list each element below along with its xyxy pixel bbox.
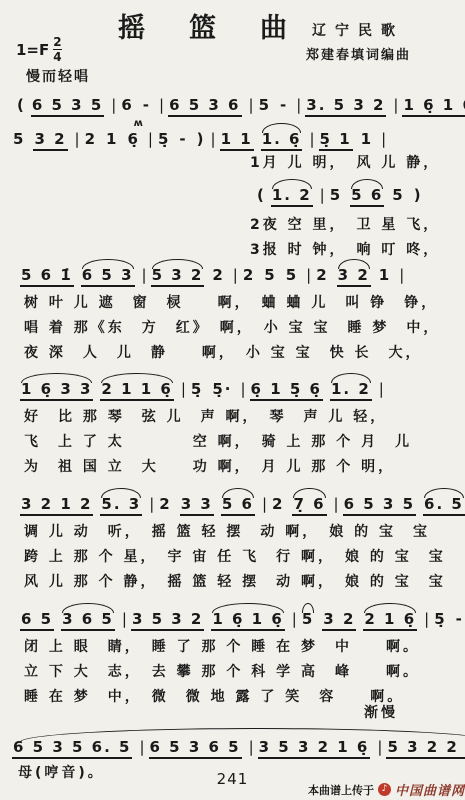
note-group: 6. 5 [423, 497, 465, 516]
note-group: 6̣ʍ [126, 132, 140, 149]
upload-note: 本曲谱上传于 [308, 782, 374, 798]
note-group: 2 [242, 268, 256, 285]
sheet-music-page: 摇篮曲 辽宁民歌 郑建春填词编曲 1=F 2 4 慢而轻唱 (6 5 3 5|6… [0, 0, 465, 800]
barline: | [111, 98, 118, 115]
barline: | [381, 132, 388, 149]
note-group: 3 5 3 2 [131, 612, 204, 631]
note-group: 2 [315, 268, 329, 285]
lyric-line: 飞 上 了 太 空 啊， 骑 上 那 个 月 儿 [24, 431, 412, 451]
notation-line-system6: 6 53 6 5|3 5 3 21 6̣ 1 6̣|53 22 1 6̣|5̣-… [20, 598, 465, 631]
note-group: ) [413, 188, 424, 205]
note-group: 5 6 1̇ [20, 268, 74, 287]
key-label: 1=F [16, 41, 49, 59]
barline: | [320, 188, 327, 205]
note-group: 1. 2 [330, 382, 372, 401]
note-group: 2 [271, 497, 285, 514]
note-group: 6 5 3 6 5 [149, 740, 242, 759]
song-source: 辽宁民歌 [312, 20, 404, 40]
note-group: 1 [378, 268, 392, 285]
note-group: 5̣ [190, 382, 204, 399]
note-group: 5 [12, 132, 26, 149]
note-group: ( [16, 98, 27, 115]
note-group: 2 1 1 6̣ [100, 382, 173, 401]
notation-line-insert: (1. 2|55 65) [256, 174, 428, 207]
note-group: 5 6 [221, 497, 255, 516]
note-group: 1 1 [220, 132, 254, 151]
lyric-line: 睡 在 梦 中， 微 微 地 露 了 笑 容 啊。 [24, 686, 404, 706]
barline: | [122, 612, 129, 629]
lyric-line: 好 比 那 琴 弦 儿 声 啊， 琴 声 儿 轻， [24, 406, 387, 426]
barline: | [139, 740, 146, 757]
note-group: 5. 3 [100, 497, 142, 516]
note-group: 5 [263, 268, 277, 285]
lyric-line: 跨 上 那 个 星， 宇 宙 任 飞 行 啊， 娘 的 宝 宝 [24, 546, 446, 566]
note-group: 5 [391, 188, 405, 205]
note-group: - [178, 132, 188, 149]
note-group: 1. 6̣ [261, 132, 303, 151]
notation-line-system3: 5 6 1̇6 5 3|5 3 22|255|23 21| [20, 254, 408, 287]
time-signature: 2 4 [53, 36, 61, 63]
note-group: ) [196, 132, 207, 149]
note-group: 6 5 3 [81, 268, 135, 287]
lyric-line: 风 儿 那 个 静， 摇 篮 轻 摆 动 啊， 娘 的 宝 宝 [24, 571, 446, 591]
meter-denominator: 4 [53, 49, 61, 64]
barline: | [148, 132, 155, 149]
note-group: 5 [285, 268, 299, 285]
ritardando-marking: 渐慢 [364, 702, 398, 722]
barline: | [233, 268, 240, 285]
note-group: 5 6 [350, 188, 384, 207]
note-group: 3 6 5 [61, 612, 115, 631]
note-group: 2 [84, 132, 98, 149]
barline: | [334, 497, 341, 514]
note-group: 1 6̣ 1 6̣ [402, 98, 465, 117]
note-group: 1. 2 [271, 188, 313, 207]
site-name: 中国曲谱网 [395, 780, 465, 799]
note-group: 2 [158, 497, 172, 514]
barline: | [379, 382, 386, 399]
lyric-line: 唱 着 那《东 方 红》 啊， 小 宝 宝 睡 梦 中， [24, 317, 440, 337]
lyric-line: 为 祖 国 立 大 功 啊， 月 儿 那 个 明， [24, 456, 395, 476]
note-group: 5 3 2 2 1 6̣ [386, 740, 465, 759]
trill-ornament-icon: ʍ [134, 119, 143, 129]
note-group: 3 2 [322, 612, 356, 631]
note-group: 6 5 3 5 [343, 497, 416, 516]
barline: | [75, 132, 82, 149]
barline: | [249, 98, 256, 115]
lyric-line: 调 儿 动 听， 摇 篮 轻 摆 动 啊， 娘 的 宝 宝 [24, 521, 430, 541]
notation-line-intro-2: 53 2|216̣ʍ|5̣-)|1 11. 6̣|5̣ 11| [12, 118, 390, 151]
lyric-line: 立 下 大 志， 去 攀 那 个 科 学 高 峰 啊。 [24, 661, 420, 681]
note-group: 5 [301, 612, 315, 629]
tempo-marking: 慢而轻唱 [26, 66, 90, 86]
lyric-line: 闭 上 眼 睛， 睡 了 那 个 睡 在 梦 中 啊。 [24, 636, 420, 656]
barline: | [377, 740, 384, 757]
barline: | [399, 268, 406, 285]
note-group: 6 5 3 6 [168, 98, 241, 117]
note-group: 6̣ 1 5̣ 6̣ [250, 382, 323, 401]
note-group: 6 [120, 98, 134, 115]
note-group: 6 5 3 5 [31, 98, 104, 117]
note-group: 3 2 1 2 [20, 497, 93, 516]
lyric-line: 夜 深 人 儿 静 啊， 小 宝 宝 快 长 大， [24, 342, 423, 362]
note-group: 3 5 3 2 1 6̣ [258, 740, 371, 759]
note-group: 3 2 [337, 268, 371, 287]
barline: | [292, 612, 299, 629]
barline: | [211, 132, 218, 149]
barline: | [142, 268, 149, 285]
note-group: - [279, 98, 289, 115]
note-group: 5 3 2 [151, 268, 205, 287]
note-group: 3 3 [180, 497, 214, 516]
note-group: 1 6̣ 1 6̣ [211, 612, 284, 631]
note-group: 5̣ 1 [319, 132, 353, 151]
barline: | [249, 740, 256, 757]
note-group: 2 [211, 268, 225, 285]
note-group: 5̣ [433, 612, 447, 629]
note-group: 5 [258, 98, 272, 115]
site-logo-icon: ♪ [378, 783, 391, 796]
meter-numerator: 2 [53, 36, 61, 49]
note-group: 5 [329, 188, 343, 205]
barline: | [159, 98, 166, 115]
barline: | [306, 268, 313, 285]
note-group: 6 5 [20, 612, 54, 631]
note-group: - [142, 98, 152, 115]
barline: | [149, 497, 156, 514]
barline: | [393, 98, 400, 115]
note-group: 1 [360, 132, 374, 149]
barline: | [262, 497, 269, 514]
note-group: 3. 5 3 2 [305, 98, 386, 117]
page-title: 摇篮曲 [118, 6, 331, 45]
note-group: 6 5 3 5 6. 5 [12, 740, 132, 759]
note-group: 7̣ 6 [292, 497, 326, 516]
note-group: - [455, 612, 465, 629]
note-group: 1 6̣ 3 3 [20, 382, 93, 401]
note-group: 5̣ [157, 132, 171, 149]
key-signature: 1=F 2 4 [16, 36, 62, 63]
note-group: ( [256, 188, 267, 205]
watermark: 本曲谱上传于 ♪ 中国曲谱网 [308, 780, 465, 799]
note-group: 3 2 [33, 132, 67, 151]
lyric-line-verse2-pickup: 2夜 空 里， 卫 星 飞， [250, 214, 440, 234]
note-group: 2 1 6̣ [363, 612, 417, 631]
notation-line-intro-1: (6 5 3 5|6-|6 5 3 6|5-|3. 5 3 2|1 6̣ 1 6… [16, 84, 465, 117]
credit-line: 郑建春填词编曲 [306, 44, 411, 63]
barline: | [240, 382, 247, 399]
barline: | [181, 382, 188, 399]
lyric-line: 树 叶 儿 遮 窗 棂 啊， 蛐 蛐 儿 叫 铮 铮， [24, 292, 438, 312]
notation-line-system4: 1 6̣ 3 32 1 1 6̣|5̣5̣·|6̣ 1 5̣ 6̣1. 2| [20, 368, 388, 401]
notation-line-system5: 3 2 1 25. 3|23 35 6|27̣ 6|6 5 3 56. 5| [20, 483, 465, 516]
note-group: 1 [105, 132, 119, 149]
note-group: 5̣· [211, 382, 233, 399]
barline: | [309, 132, 316, 149]
barline: | [424, 612, 431, 629]
barline: | [296, 98, 303, 115]
notation-line-final: 6 5 3 5 6. 5|6 5 3 6 5|3 5 3 2 1 6̣|5 3 … [12, 726, 465, 759]
lyric-line-verse1-pickup: 1月 儿 明， 风 儿 静， [250, 152, 440, 172]
